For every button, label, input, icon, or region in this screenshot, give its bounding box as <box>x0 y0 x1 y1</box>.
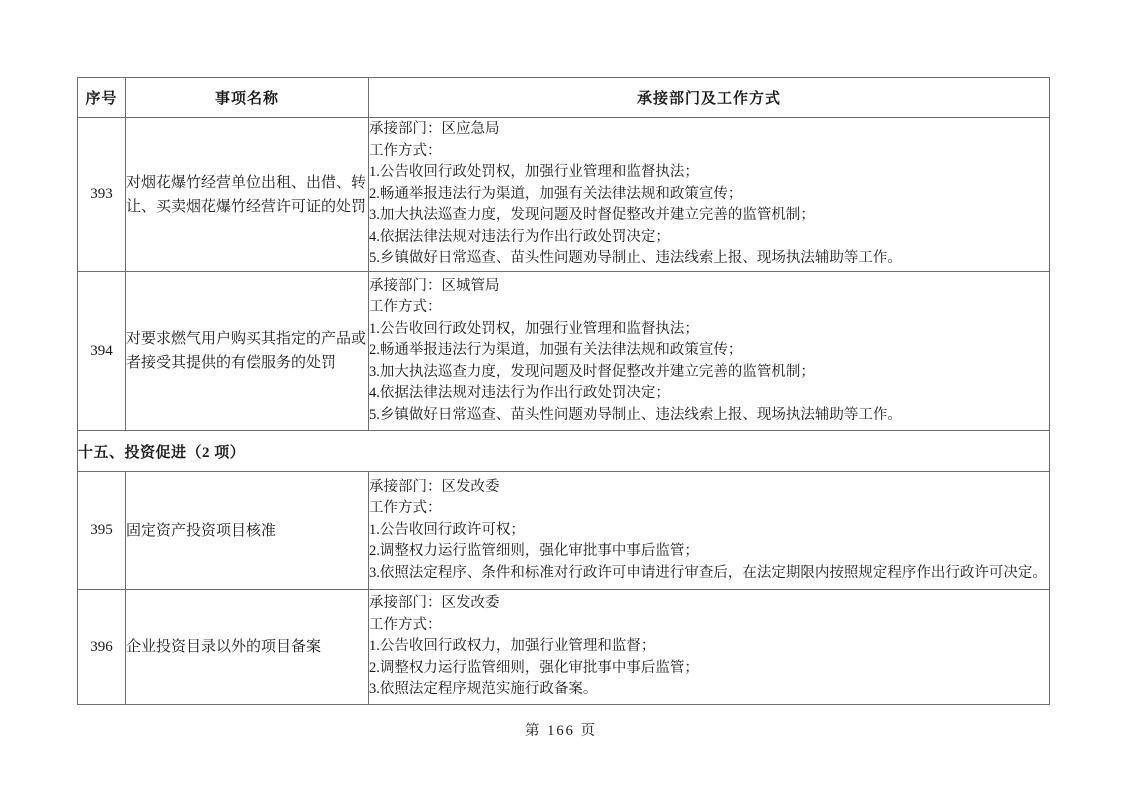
item-name: 固定资产投资项目核准 <box>126 472 369 590</box>
detail-line: 5.乡镇做好日常巡查、苗头性问题劝导制止、违法线索上报、现场执法辅助等工作。 <box>369 248 1049 270</box>
detail-line: 3.依照法定程序、条件和标准对行政许可申请进行审查后，在法定期限内按照规定程序作… <box>369 563 1049 585</box>
department-and-method-cell: 承接部门：区发改委 工作方式： 1.公告收回行政许可权； 2.调整权力运行监管细… <box>369 472 1050 590</box>
row-number: 394 <box>78 272 126 431</box>
detail-line: 3.依照法定程序规范实施行政备案。 <box>369 679 1049 701</box>
detail-line: 承接部门：区城管局 <box>369 276 1049 298</box>
header-cell-item-name: 事项名称 <box>126 78 369 118</box>
detail-line: 5.乡镇做好日常巡查、苗头性问题劝导制止、违法线索上报、现场执法辅助等工作。 <box>369 405 1049 427</box>
detail-line: 2.畅通举报违法行为渠道，加强有关法律法规和政策宣传； <box>369 184 1049 206</box>
item-name: 企业投资目录以外的项目备案 <box>126 590 369 705</box>
row-number: 396 <box>78 590 126 705</box>
table-row: 396 企业投资目录以外的项目备案 承接部门：区发改委 工作方式： 1.公告收回… <box>78 590 1050 705</box>
detail-line: 工作方式： <box>369 141 1049 163</box>
table-row: 394 对要求燃气用户购买其指定的产品或者接受其提供的有偿服务的处罚 承接部门：… <box>78 272 1050 431</box>
header-cell-number: 序号 <box>78 78 126 118</box>
detail-line: 3.加大执法巡查力度，发现问题及时督促整改并建立完善的监管机制； <box>369 205 1049 227</box>
department-and-method-cell: 承接部门：区城管局 工作方式： 1.公告收回行政处罚权，加强行业管理和监督执法；… <box>369 272 1050 431</box>
row-number: 393 <box>78 118 126 272</box>
detail-line: 承接部门：区发改委 <box>369 477 1049 499</box>
detail-line: 工作方式： <box>369 615 1049 637</box>
detail-line: 1.公告收回行政许可权； <box>369 520 1049 542</box>
item-name: 对要求燃气用户购买其指定的产品或者接受其提供的有偿服务的处罚 <box>126 272 369 431</box>
detail-line: 2.畅通举报违法行为渠道，加强有关法律法规和政策宣传； <box>369 340 1049 362</box>
department-and-method-cell: 承接部门：区发改委 工作方式： 1.公告收回行政权力，加强行业管理和监督； 2.… <box>369 590 1050 705</box>
detail-line: 承接部门：区应急局 <box>369 119 1049 141</box>
table-header-row: 序号 事项名称 承接部门及工作方式 <box>78 78 1050 118</box>
table-row: 395 固定资产投资项目核准 承接部门：区发改委 工作方式： 1.公告收回行政许… <box>78 472 1050 590</box>
detail-line: 2.调整权力运行监管细则，强化审批事中事后监管； <box>369 541 1049 563</box>
document-page: 序号 事项名称 承接部门及工作方式 393 对烟花爆竹经营单位出租、出借、转让、… <box>0 0 1122 793</box>
detail-line: 3.加大执法巡查力度，发现问题及时督促整改并建立完善的监管机制； <box>369 362 1049 384</box>
items-table: 序号 事项名称 承接部门及工作方式 393 对烟花爆竹经营单位出租、出借、转让、… <box>77 77 1050 705</box>
detail-line: 工作方式： <box>369 498 1049 520</box>
section-header-row: 十五、投资促进（2 项） <box>78 431 1050 472</box>
page-number: 第 166 页 <box>0 719 1122 740</box>
detail-line: 2.调整权力运行监管细则，强化审批事中事后监管； <box>369 658 1049 680</box>
detail-line: 承接部门：区发改委 <box>369 593 1049 615</box>
row-number: 395 <box>78 472 126 590</box>
section-header: 十五、投资促进（2 项） <box>78 431 1050 472</box>
item-name: 对烟花爆竹经营单位出租、出借、转让、买卖烟花爆竹经营许可证的处罚 <box>126 118 369 272</box>
detail-line: 4.依据法律法规对违法行为作出行政处罚决定； <box>369 227 1049 249</box>
header-cell-department: 承接部门及工作方式 <box>369 78 1050 118</box>
department-and-method-cell: 承接部门：区应急局 工作方式： 1.公告收回行政处罚权，加强行业管理和监督执法；… <box>369 118 1050 272</box>
detail-line: 工作方式： <box>369 297 1049 319</box>
detail-line: 1.公告收回行政处罚权，加强行业管理和监督执法； <box>369 319 1049 341</box>
detail-line: 1.公告收回行政权力，加强行业管理和监督； <box>369 636 1049 658</box>
detail-line: 1.公告收回行政处罚权，加强行业管理和监督执法； <box>369 162 1049 184</box>
table-row: 393 对烟花爆竹经营单位出租、出借、转让、买卖烟花爆竹经营许可证的处罚 承接部… <box>78 118 1050 272</box>
detail-line: 4.依据法律法规对违法行为作出行政处罚决定； <box>369 383 1049 405</box>
